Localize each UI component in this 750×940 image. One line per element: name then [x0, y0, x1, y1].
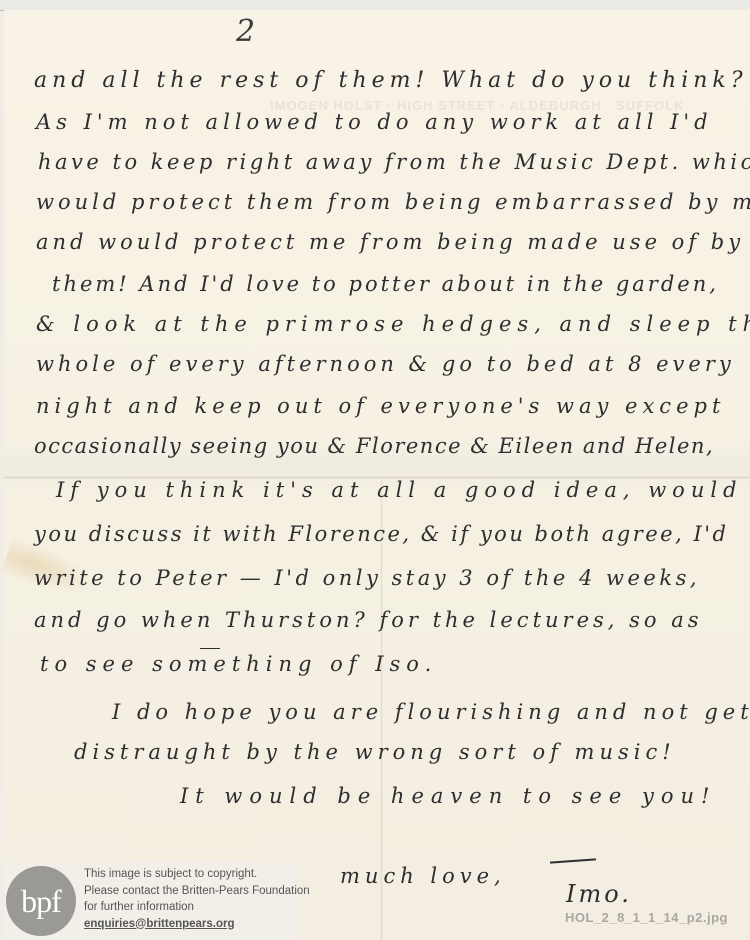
- letter-line: and go when Thurston? for the lectures, …: [34, 608, 703, 632]
- bpf-logo: bpf: [6, 866, 76, 936]
- letter-closing: much love,: [340, 864, 506, 888]
- letter-line: to see something of Iso.: [40, 652, 437, 676]
- letter-line: them! And I'd love to potter about in th…: [52, 272, 719, 296]
- letter-line: It would be heaven to see you!: [180, 784, 716, 808]
- letter-signature: Imo.: [566, 880, 632, 908]
- copyright-line-3: for further information: [84, 899, 310, 916]
- ink-mark: [200, 648, 220, 649]
- letter-line: and would protect me from being made use…: [36, 230, 744, 254]
- letter-line: As I'm not allowed to do any work at all…: [36, 110, 713, 134]
- email-link[interactable]: enquiries@brittenpears.org: [84, 918, 235, 930]
- letter-line: you discuss it with Florence, & if you b…: [34, 522, 728, 546]
- copyright-line-2: Please contact the Britten-Pears Foundat…: [84, 883, 310, 900]
- filename-label: HOL_2_8_1_1_14_p2.jpg: [565, 910, 728, 925]
- letter-line: would protect them from being embarrasse…: [36, 190, 750, 214]
- letter-line: whole of every afternoon & go to bed at …: [36, 352, 735, 376]
- letter-line: have to keep right away from the Music D…: [38, 150, 750, 174]
- letter-line: and all the rest of them! What do you th…: [34, 68, 748, 93]
- letter-line: night and keep out of everyone's way exc…: [36, 394, 725, 418]
- page-number: 2: [236, 14, 255, 49]
- letter-line: distraught by the wrong sort of music!: [74, 740, 676, 764]
- letter-line: occasionally seeing you & Florence & Eil…: [34, 434, 714, 458]
- copyright-line-1: This image is subject to copyright.: [84, 866, 310, 883]
- letter-line: write to Peter — I'd only stay 3 of the …: [34, 566, 700, 590]
- letter-line: If you think it's at all a good idea, wo…: [56, 478, 743, 502]
- letter-line: & look at the primrose hedges, and sleep…: [36, 312, 750, 336]
- copyright-notice: This image is subject to copyright. Plea…: [84, 866, 310, 932]
- letter-line: I do hope you are flourishing and not ge…: [112, 700, 750, 724]
